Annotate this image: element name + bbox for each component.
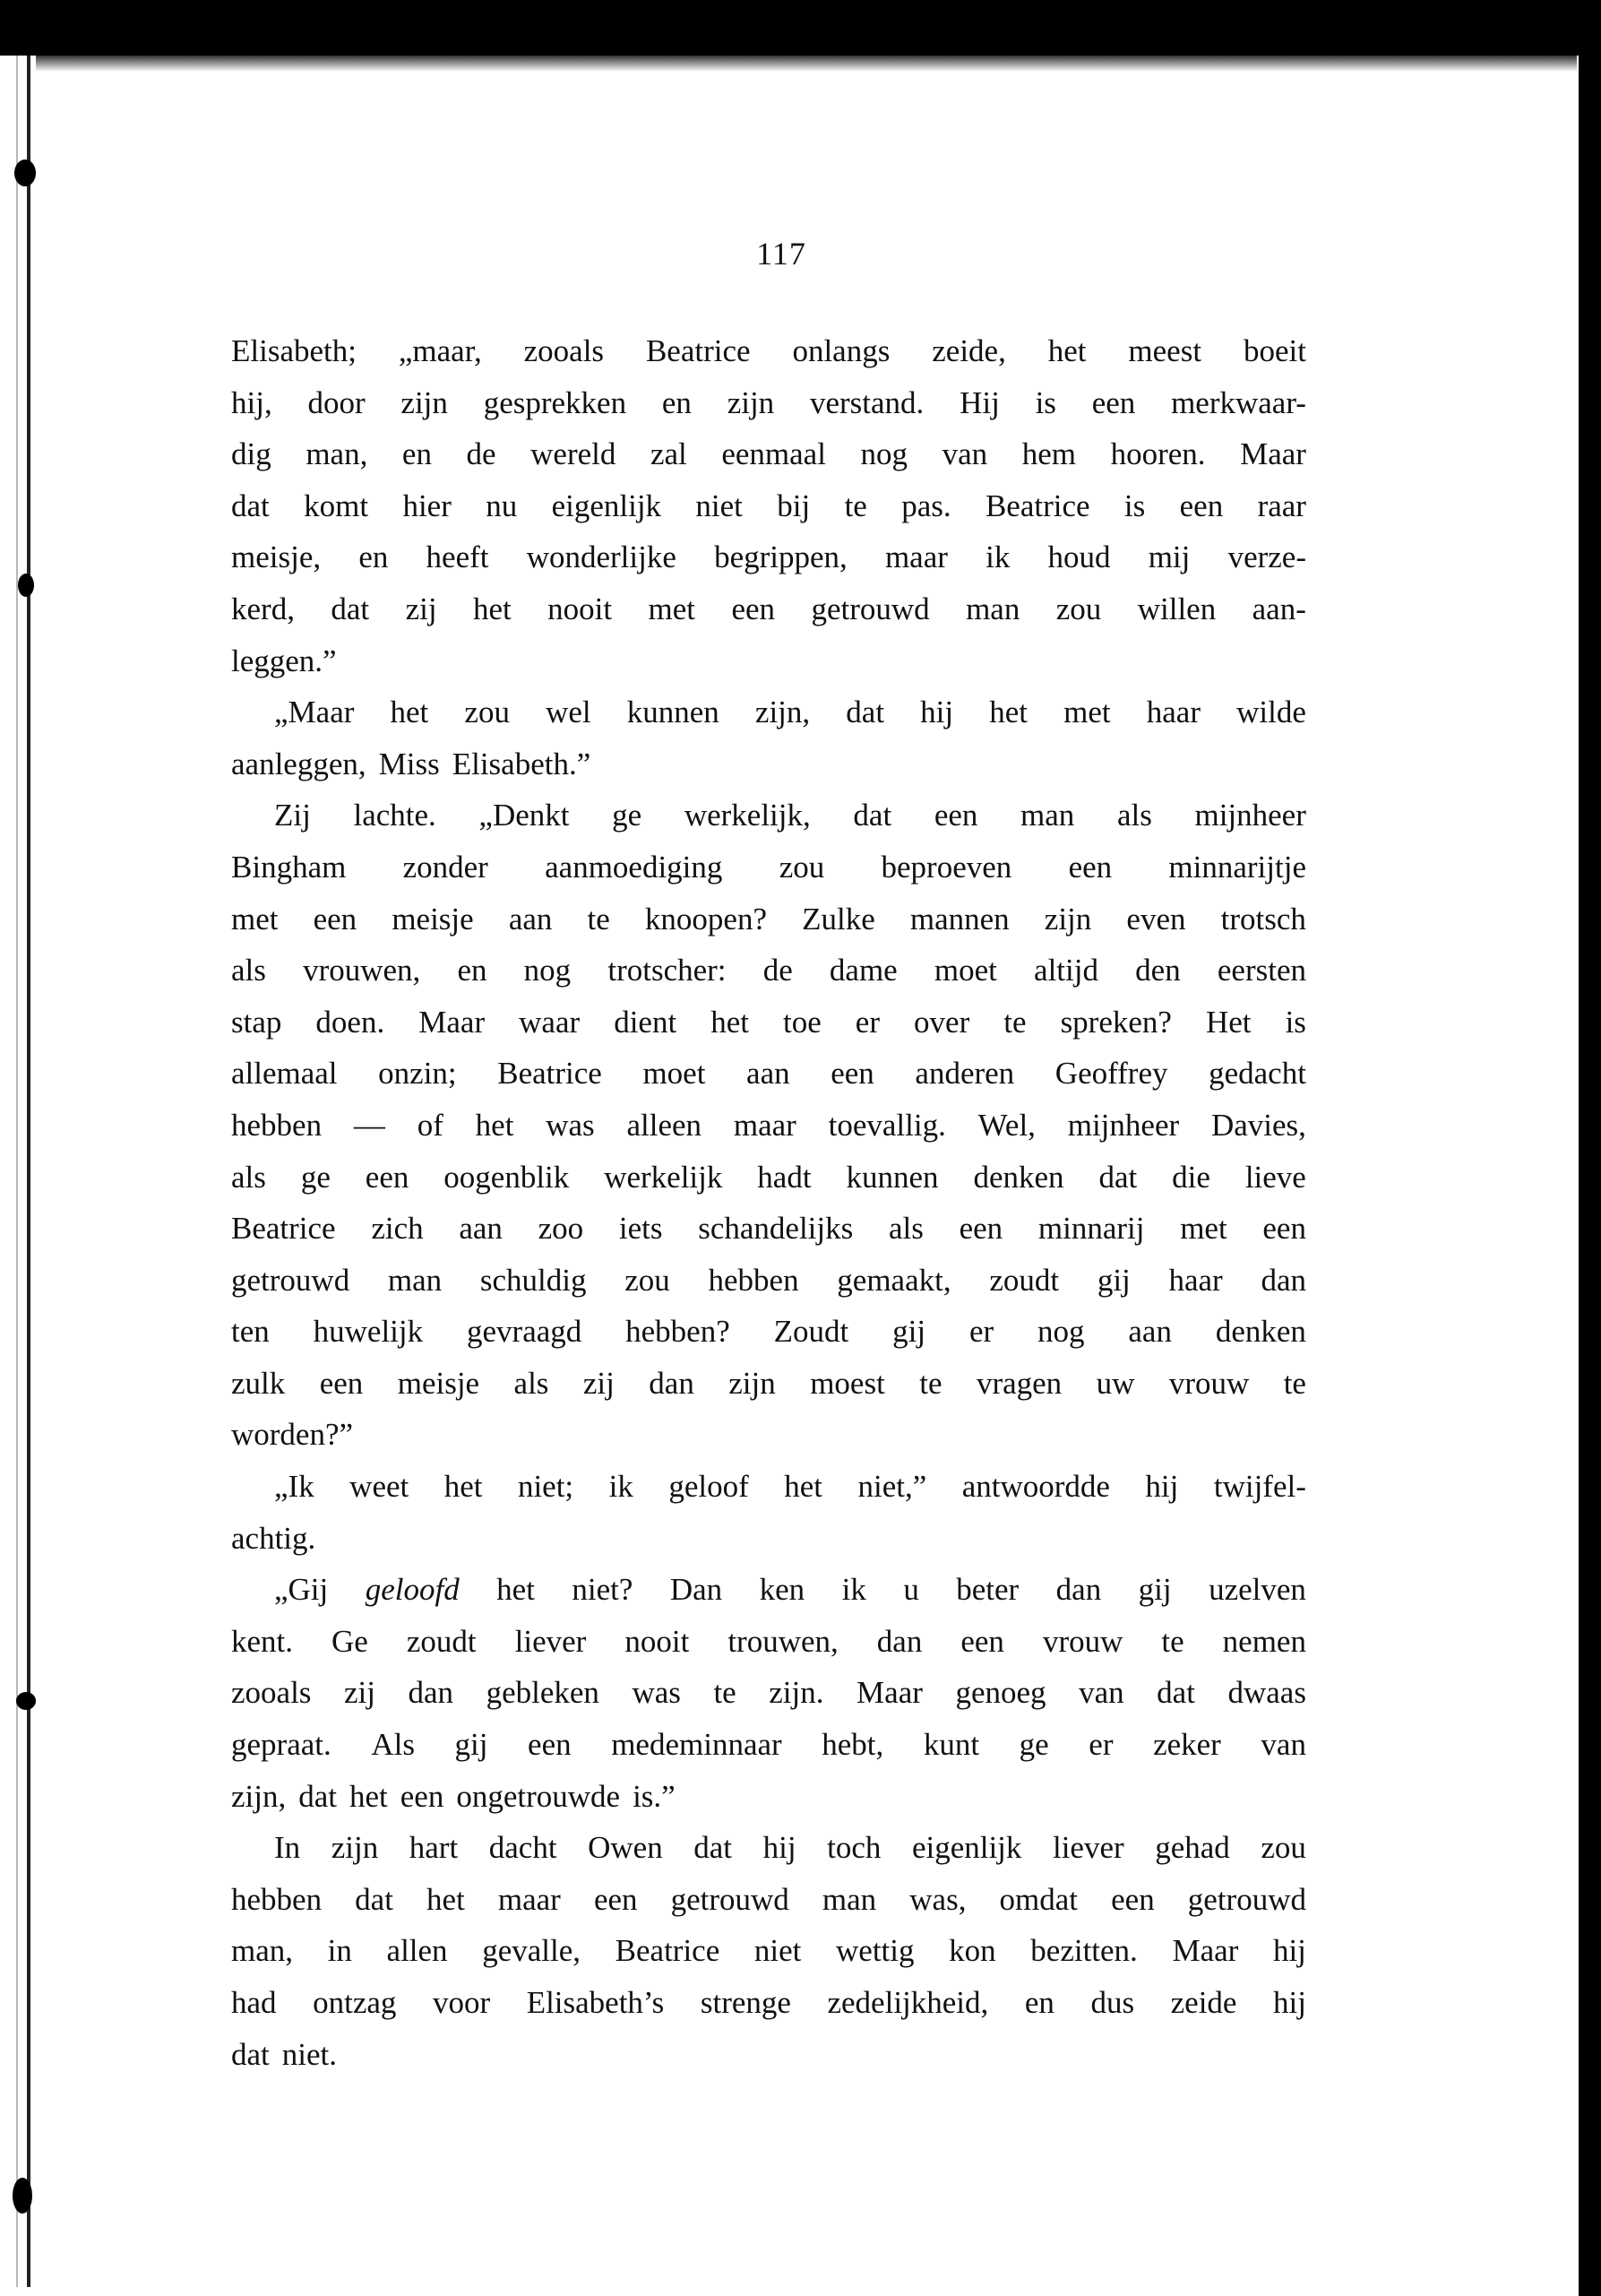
text-line: „Maarhetzouwelkunnenzijn,dathijhetmethaa… — [231, 686, 1306, 738]
text-line: „Gijgeloofdhetniet?Dankenikubeterdangiju… — [231, 1564, 1306, 1616]
text-line: meteenmeisjeaanteknoopen?Zulkemannenzijn… — [231, 893, 1306, 945]
text-line: gepraat.Alsgijeenmedeminnaarhebt,kuntgee… — [231, 1719, 1306, 1771]
text-line: zijn,datheteenongetrouwdeis.” — [231, 1771, 1306, 1823]
text-line: aanleggen,MissElisabeth.” — [231, 738, 1306, 790]
scan-shadow-top — [36, 56, 1577, 72]
text-line: kent.Gezoudtlievernooittrouwen,daneenvro… — [231, 1616, 1306, 1668]
text-line: hebbendathetmaareengetrouwdmanwas,omdate… — [231, 1874, 1306, 1926]
page-number: 117 — [736, 235, 826, 272]
text-line: Zijlachte.„Denktgewerkelijk,dateenmanals… — [231, 790, 1306, 842]
scan-border-left — [27, 56, 30, 2287]
text-line: Elisabeth;„maar,zooalsBeatriceonlangszei… — [231, 325, 1306, 377]
text-line: „Ikweethetniet;ikgeloofhetniet,”antwoord… — [231, 1461, 1306, 1513]
scan-border-top — [0, 0, 1601, 56]
text-line: InzijnhartdachtOwendathijtocheigenlijkli… — [231, 1822, 1306, 1874]
text-line: tenhuwelijkgevraagdhebben?Zoudtgijernoga… — [231, 1306, 1306, 1358]
text-line: allemaalonzin;BeatricemoetaaneenanderenG… — [231, 1048, 1306, 1100]
text-line: worden?” — [231, 1409, 1306, 1461]
text-line: achtig. — [231, 1513, 1306, 1565]
scan-border-left-faint — [16, 56, 18, 2287]
text-line: meisje,enheeftwonderlijkebegrippen,maari… — [231, 531, 1306, 583]
text-line: Beatricezichaanzooietsschandelijksalseen… — [231, 1203, 1306, 1255]
text-line: kerd,datzijhetnooitmeteengetrouwdmanzouw… — [231, 583, 1306, 635]
text-line: stapdoen.Maarwaardienthettoeerovertespre… — [231, 997, 1306, 1049]
text-line: alsvrouwen,ennogtrotscher:dedamemoetalti… — [231, 945, 1306, 997]
text-line: hadontzagvoorElisabeth’sstrengezedelijkh… — [231, 1977, 1306, 2029]
text-line: digman,endewereldzaleenmaalnogvanhemhoor… — [231, 428, 1306, 480]
text-line: datkomthiernueigenlijknietbijtepas.Beatr… — [231, 480, 1306, 532]
emphasis: geloofd — [366, 1572, 460, 1607]
text-line: getrouwdmanschuldigzouhebbengemaakt,zoud… — [231, 1255, 1306, 1307]
text-line: zulkeenmeisjealszijdanzijnmoesttevragenu… — [231, 1358, 1306, 1410]
text-line: man,inallengevalle,Beatricenietwettigkon… — [231, 1925, 1306, 1977]
binding-mark — [13, 2178, 32, 2214]
body-text: Elisabeth;„maar,zooalsBeatriceonlangszei… — [231, 325, 1306, 2080]
binding-mark — [16, 1692, 36, 1710]
text-line: hebben—ofhetwasalleenmaartoevallig.Wel,m… — [231, 1100, 1306, 1152]
binding-mark — [14, 160, 36, 186]
text-line: datniet. — [231, 2029, 1306, 2081]
scan-border-right — [1579, 56, 1601, 2296]
binding-mark — [18, 574, 34, 597]
text-line: hij,doorzijngesprekkenenzijnverstand.Hij… — [231, 377, 1306, 429]
text-line: leggen.” — [231, 635, 1306, 687]
text-line: zooalszijdangeblekenwastezijn.Maargenoeg… — [231, 1667, 1306, 1719]
text-line: alsgeeenoogenblikwerkelijkhadtkunnendenk… — [231, 1152, 1306, 1204]
text-line: Binghamzonderaanmoedigingzoubeproeveneen… — [231, 842, 1306, 893]
